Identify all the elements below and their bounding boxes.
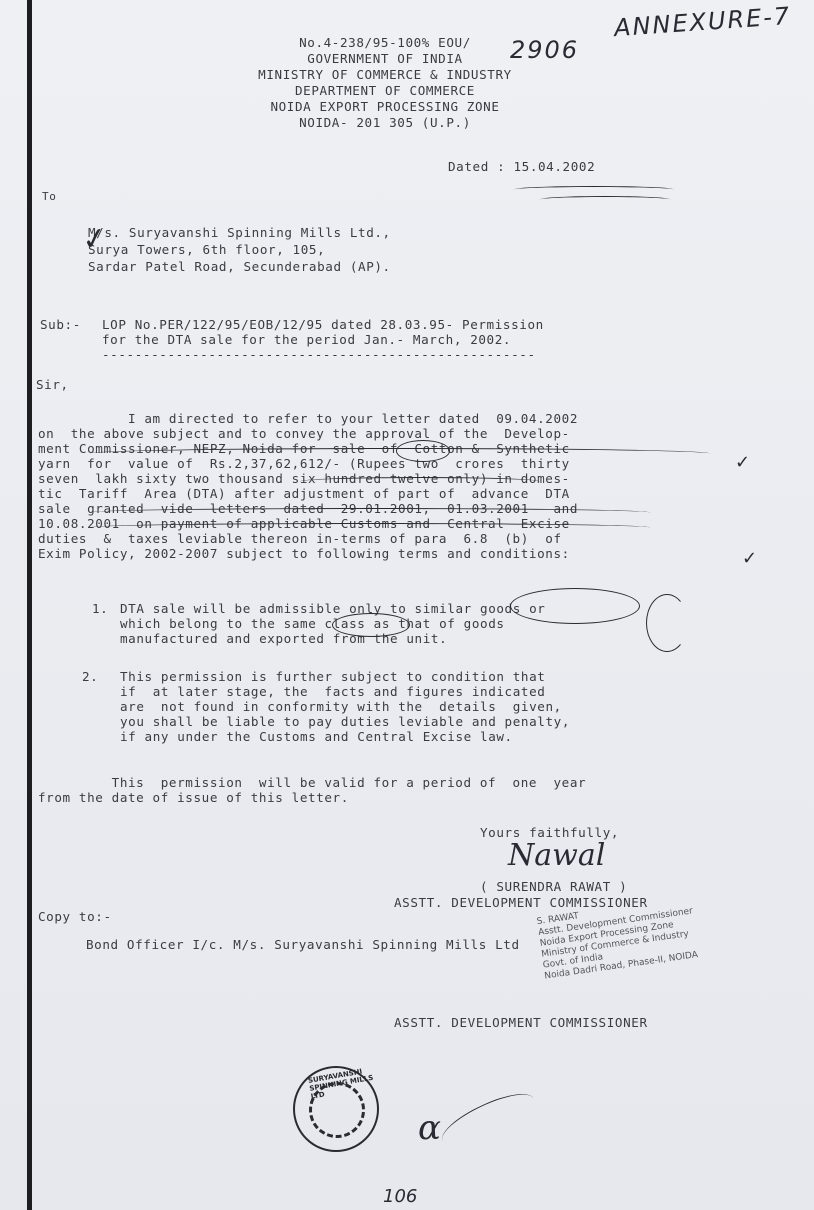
copy-recipient: Bond Officer I/c. M/s. Suryavanshi Spinn… xyxy=(86,938,520,952)
scanned-letter-page: ANNEXURE-7 2906 No.4-238/95-100% EOU/ GO… xyxy=(0,0,814,1210)
checkmark-icon: ✓ xyxy=(735,452,750,473)
body-line: I am directed to refer to your letter da… xyxy=(38,412,578,426)
pen-underline-mark xyxy=(90,508,650,517)
date-underline-mark xyxy=(540,196,670,203)
checkmark-icon: ✓ xyxy=(742,548,757,569)
file-number: No.4-238/95-100% EOU/ xyxy=(200,36,570,50)
pen-circle-mark xyxy=(510,588,640,624)
validity-line: This permission will be valid for a peri… xyxy=(38,776,586,790)
condition-line: are not found in conformity with the det… xyxy=(120,700,562,714)
body-line: Exim Policy, 2002-2007 subject to follow… xyxy=(38,547,570,561)
condition-line: This permission is further subject to co… xyxy=(120,670,545,684)
to-label: To xyxy=(42,190,56,204)
copy-to-label: Copy to:- xyxy=(38,910,112,924)
signature-stroke xyxy=(436,1084,540,1154)
pen-strike-mark xyxy=(300,477,540,486)
subject-rule: ----------------------------------------… xyxy=(102,348,536,362)
countersignature-scribble: α xyxy=(418,1108,441,1148)
body-line: tic Tariff Area (DTA) after adjustment o… xyxy=(38,487,570,501)
addressee-line: Sardar Patel Road, Secunderabad (AP). xyxy=(88,260,391,274)
date-underline-mark xyxy=(514,186,674,193)
condition-line: if any under the Customs and Central Exc… xyxy=(120,730,513,744)
subject-line: LOP No.PER/122/95/EOB/12/95 dated 28.03.… xyxy=(102,318,544,332)
addressee-line: M/s. Suryavanshi Spinning Mills Ltd., xyxy=(88,226,391,240)
header-line: DEPARTMENT OF COMMERCE xyxy=(200,84,570,98)
body-line: on the above subject and to convey the a… xyxy=(38,427,570,441)
subject-line: for the DTA sale for the period Jan.- Ma… xyxy=(102,333,511,347)
signature-scribble: Nawal xyxy=(508,838,605,873)
condition-line: manufactured and exported from the unit. xyxy=(120,632,447,646)
condition-number: 1. xyxy=(92,602,108,616)
condition-line: you shall be liable to pay duties leviab… xyxy=(120,715,570,729)
condition-line: which belong to the same class as that o… xyxy=(120,617,505,631)
condition-number: 2. xyxy=(82,670,98,684)
header-line: NOIDA EXPORT PROCESSING ZONE xyxy=(200,100,570,114)
pen-circle-mark xyxy=(646,594,688,652)
salutation: Sir, xyxy=(36,378,69,392)
binding-edge-line xyxy=(27,0,32,1210)
header-line: NOIDA- 201 305 (U.P.) xyxy=(200,116,570,130)
signatory-name: ( SURENDRA RAWAT ) xyxy=(480,880,627,894)
condition-line: DTA sale will be admissible only to simi… xyxy=(120,602,545,616)
condition-line: if at later stage, the facts and figures… xyxy=(120,685,545,699)
subject-label: Sub:- xyxy=(40,318,81,332)
pen-circle-mark xyxy=(396,440,450,462)
body-line: yarn for value of Rs.2,37,62,612/- (Rupe… xyxy=(38,457,570,471)
pen-circle-mark xyxy=(332,613,410,637)
company-seal: SURYAVANSHI SPINNING MILLS LTD xyxy=(293,1066,379,1152)
pen-underline-mark xyxy=(90,523,650,532)
body-line: duties & taxes leviable thereon in-terms… xyxy=(38,532,562,546)
annexure-annotation: ANNEXURE-7 xyxy=(613,2,792,42)
letter-date: Dated : 15.04.2002 xyxy=(448,160,595,174)
addressee-line: Surya Towers, 6th floor, 105, xyxy=(88,243,325,257)
header-line: MINISTRY OF COMMERCE & INDUSTRY xyxy=(200,68,570,82)
header-line: GOVERNMENT OF INDIA xyxy=(200,52,570,66)
validity-line: from the date of issue of this letter. xyxy=(38,791,349,805)
page-number: 106 xyxy=(383,1186,417,1207)
copy-designation: ASSTT. DEVELOPMENT COMMISSIONER xyxy=(394,1016,648,1030)
